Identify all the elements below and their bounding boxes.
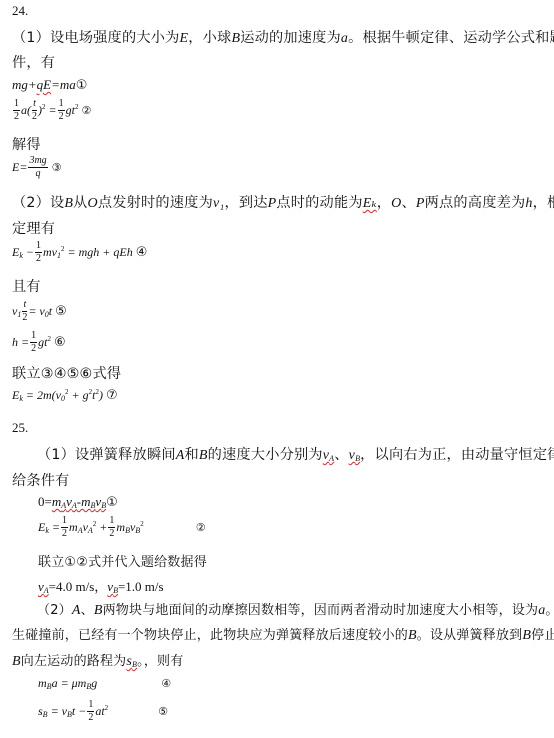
question-number-25: 25. [12, 420, 28, 436]
q24-equation-5: v1t2= v0t⑤ [12, 300, 67, 323]
q25-equation-5: sB = vBt − 12at2⑤ [38, 700, 168, 723]
equation-marker-5: ⑤ [158, 705, 168, 718]
q24-equation-3: E=3mgq③ [12, 156, 62, 179]
equation-marker-4: ④ [161, 677, 171, 690]
equation-marker-1: ① [106, 495, 118, 510]
q25-combine-label: 联立①②式并代入题给数据得 [38, 551, 207, 570]
q24-part1-text-line1: （1）设电场强度的大小为E，小球B运动的加速度为a。根据牛顿定律、运动学公式和题… [12, 27, 554, 47]
q24-equation-7: Ek = 2m(v02 + g2t2)⑦ [12, 388, 118, 403]
q25-equation-4: mBa = μmBg④ [38, 676, 171, 691]
q25-part1-text-line1: （1）设弹簧释放瞬间A和B的速度大小分别为vA、vB，以向右为正，由动量守恒定律… [37, 444, 554, 464]
equation-marker-1: ① [76, 78, 88, 93]
q24-also-label: 且有 [12, 276, 41, 296]
q24-equation-1: mg+qE=ma① [12, 77, 87, 93]
q25-part1-text-line2: 给条件有 [12, 470, 70, 490]
q25-part2-text-line2: 生碰撞前，已经有一个物块停止，此物块应为弹簧释放后速度较小的B。设从弹簧释放到B… [12, 624, 554, 644]
equation-marker-4: ④ [136, 245, 148, 260]
equation-marker-3: ③ [52, 161, 62, 174]
q24-solve-label: 解得 [12, 134, 41, 154]
equation-marker-2: ② [196, 521, 206, 534]
q25-result: vA=4.0 m/s，vB=1.0 m/s [38, 576, 164, 595]
question-number-24: 24. [12, 3, 28, 19]
equation-marker-5: ⑤ [55, 304, 67, 319]
q25-part2-text-line1: （2）A、B两物块与地面间的动摩擦因数相等，因而两者滑动时加速度大小相等，设为a… [37, 599, 554, 619]
q24-combine-label: 联立③④⑤⑥式得 [12, 363, 121, 383]
q24-part1-text-line2: 件，有 [12, 52, 55, 72]
equation-marker-7: ⑦ [106, 388, 118, 403]
q24-part2-text-line2: 定理有 [12, 218, 55, 238]
q25-equation-2: Ek = 12mAvA2 + 12mBvB2② [38, 516, 206, 539]
q25-equation-1: 0=mAvA-mBvB① [38, 494, 118, 510]
q24-equation-4: Ek − 12mv12 = mgh + qEh④ [12, 241, 147, 264]
q24-part2-text-line1: （2）设B从O点发射时的速度为v₁，到达P点时的动能为Eₖ，O、P两点的高度差为… [12, 192, 554, 212]
q24-equation-2: 12a(t2)2 = 12gt2② [12, 99, 91, 122]
equation-marker-6: ⑥ [54, 335, 66, 350]
q25-part2-text-line3: B向左运动的路程为sB。，则有 [12, 650, 183, 670]
q24-equation-6: h = 12gt2⑥ [12, 331, 66, 354]
equation-marker-2: ② [81, 104, 91, 117]
